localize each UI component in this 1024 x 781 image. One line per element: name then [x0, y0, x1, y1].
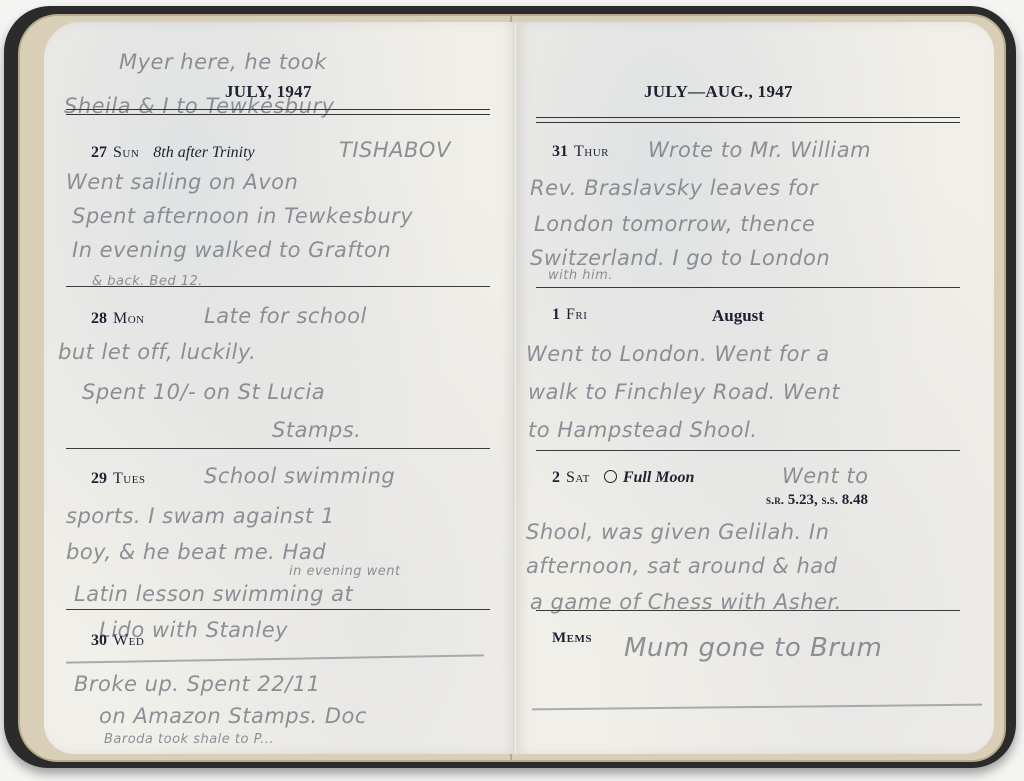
page-heading-left: JULY, 1947 — [225, 82, 312, 102]
day-29-entry-line: sports. I swam against 1 — [66, 502, 335, 531]
day-1-entry-line: to Hampstead Shool. — [528, 416, 758, 445]
sunrise-label: s.r. — [766, 492, 784, 507]
pencil-underline — [66, 654, 484, 663]
day-29-entry-line: boy, & he beat me. Had — [66, 538, 326, 567]
day-27-label: 27Sun8th after Trinity — [91, 144, 255, 162]
page-heading-right: JULY—AUG., 1947 — [644, 82, 793, 102]
day-27-entry-line: In evening walked to Grafton — [72, 236, 391, 265]
heading-rule — [536, 117, 960, 123]
day-27-entry-line: & back. Bed 12. — [92, 274, 203, 290]
day-30-entry-line: on Amazon Stamps. Doc — [99, 702, 367, 731]
day-number: 30 — [91, 632, 107, 649]
mems-label: Mems — [552, 630, 592, 647]
month-heading-august: August — [712, 306, 764, 326]
day-divider — [66, 448, 490, 449]
day-31-entry-line: Rev. Braslavsky leaves for — [530, 174, 818, 203]
day-30-entry-line: Baroda took shale to P... — [104, 732, 274, 748]
day-28-entry-line: Stamps. — [272, 416, 361, 445]
sunset-label: s.s. — [822, 492, 839, 507]
day-27-entry-line: Spent afternoon in Tewkesbury — [72, 202, 413, 231]
day-1-label: 1Fri — [552, 306, 587, 324]
day-31-entry-line: with him. — [548, 268, 613, 284]
day-number: 2 — [552, 469, 560, 486]
day-29-entry-line: in evening went — [289, 564, 401, 580]
day-number: 27 — [91, 144, 107, 161]
day-divider — [536, 287, 960, 288]
day-name: Fri — [566, 306, 587, 323]
day-name: Wed — [113, 632, 144, 649]
right-page: JULY—AUG., 1947 31Thur Wrote to Mr. Will… — [516, 22, 994, 754]
day-name: Mon — [113, 310, 145, 327]
day-28-entry-line: Spent 10/- on St Lucia — [82, 378, 325, 407]
sunrise-time: 5.23, — [788, 492, 818, 508]
day-name: Sun — [113, 144, 139, 161]
day-number: 31 — [552, 143, 568, 160]
pencil-underline — [532, 704, 982, 711]
day-31-entry-line: Wrote to Mr. William — [648, 136, 871, 165]
day-29-label: 29Tues — [91, 470, 146, 488]
day-27-entry-line: TISHABOV — [339, 136, 451, 165]
day-2-label: 2SatFull Moon — [552, 469, 694, 487]
mems-entry: Mum gone to Brum — [624, 634, 882, 663]
day-divider — [66, 609, 490, 610]
day-note: Full Moon — [623, 469, 695, 486]
day-divider — [536, 450, 960, 451]
day-31-label: 31Thur — [552, 143, 609, 161]
day-2-entry-line: Went to — [782, 462, 869, 491]
day-28-label: 28Mon — [91, 310, 145, 328]
day-1-entry-line: Went to London. Went for a — [526, 340, 830, 369]
day-name: Tues — [113, 470, 146, 487]
day-28-entry-line: Late for school — [204, 302, 367, 331]
full-moon-icon — [604, 470, 617, 483]
day-2-entry-line: Shool, was given Gelilah. In — [526, 518, 829, 547]
day-name: Sat — [566, 469, 590, 486]
day-2-entry-line: afternoon, sat around & had — [526, 552, 837, 581]
day-note: 8th after Trinity — [153, 144, 254, 161]
day-31-entry-line: London tomorrow, thence — [534, 210, 815, 239]
day-1-entry-line: walk to Finchley Road. Went — [528, 378, 840, 407]
left-page: Myer here, he took Sheila & I to Tewkesb… — [44, 22, 516, 754]
day-30-label: 30Wed — [91, 632, 144, 650]
sunset-time: 8.48 — [842, 492, 868, 508]
day-30-entry-line: Broke up. Spent 22/11 — [74, 670, 320, 699]
day-27-entry-line: Went sailing on Avon — [66, 168, 298, 197]
day-divider — [536, 610, 960, 611]
day-2-entry-line: a game of Chess with Asher. — [530, 588, 842, 617]
day-number: 1 — [552, 306, 560, 323]
day-divider — [66, 286, 490, 287]
day-29-entry-line: Latin lesson swimming at — [74, 580, 353, 609]
heading-rule — [66, 109, 490, 115]
day-number: 29 — [91, 470, 107, 487]
day-29-entry-line: School swimming — [204, 462, 395, 491]
day-name: Thur — [574, 143, 609, 160]
margin-note-line-1: Myer here, he took — [119, 48, 327, 77]
sunrise-sunset: s.r. 5.23, s.s. 8.48 — [766, 492, 868, 509]
day-28-entry-line: but let off, luckily. — [58, 338, 256, 367]
day-number: 28 — [91, 310, 107, 327]
